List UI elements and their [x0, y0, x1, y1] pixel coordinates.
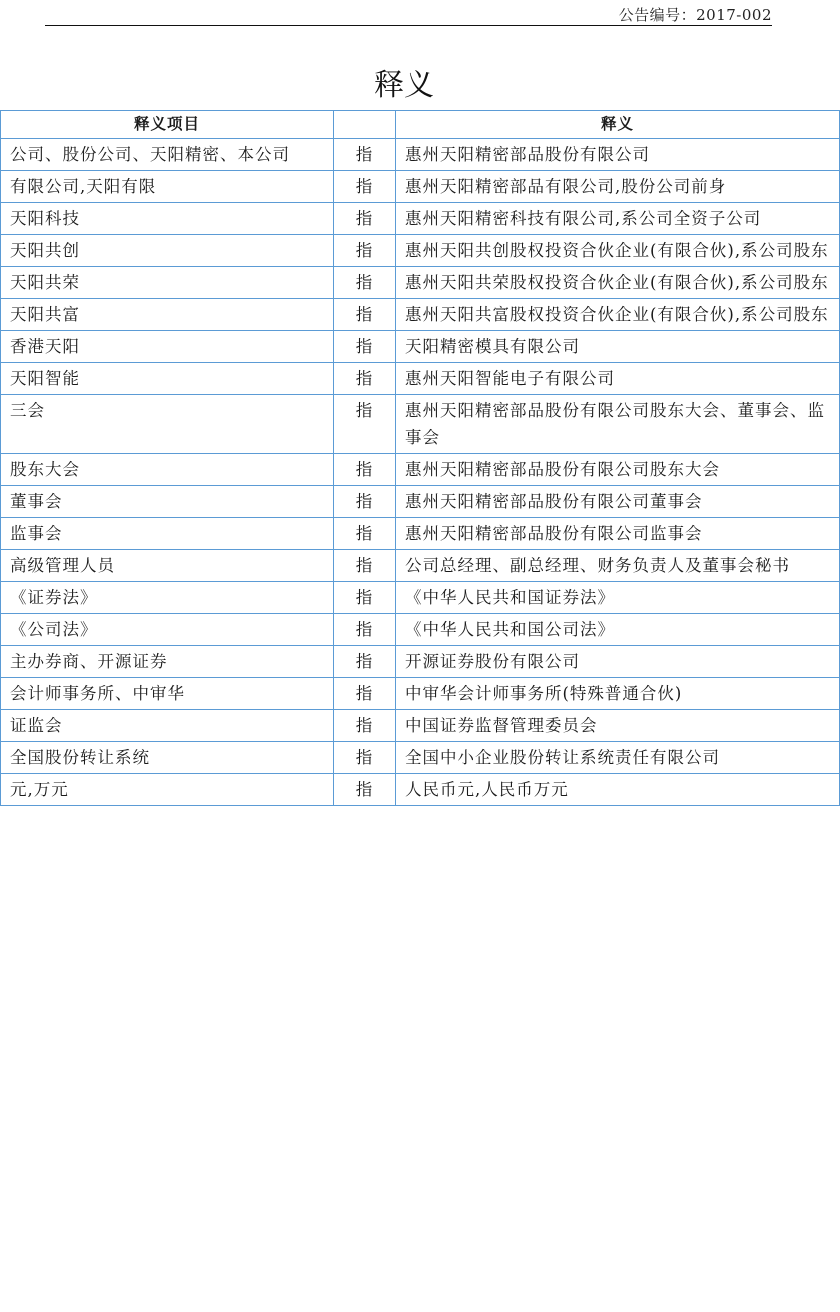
table-row: 天阳智能指惠州天阳智能电子有限公司	[1, 363, 840, 395]
ref-cell: 指	[334, 710, 396, 742]
meaning-cell: 惠州天阳智能电子有限公司	[396, 363, 840, 395]
term-cell: 天阳智能	[1, 363, 334, 395]
term-cell: 高级管理人员	[1, 550, 334, 582]
term-cell: 《证券法》	[1, 582, 334, 614]
ref-cell: 指	[334, 235, 396, 267]
page-title: 释义	[0, 60, 808, 104]
announcement-number: 公告编号：2017-002	[619, 4, 772, 25]
ref-cell: 指	[334, 518, 396, 550]
meaning-cell: 惠州天阳共荣股权投资合伙企业(有限合伙),系公司股东	[396, 267, 840, 299]
ref-cell: 指	[334, 614, 396, 646]
meaning-cell: 人民币元,人民币万元	[396, 774, 840, 806]
table-row: 全国股份转让系统指全国中小企业股份转让系统责任有限公司	[1, 742, 840, 774]
term-cell: 天阳共创	[1, 235, 334, 267]
ref-cell: 指	[334, 774, 396, 806]
term-cell: 股东大会	[1, 454, 334, 486]
term-cell: 董事会	[1, 486, 334, 518]
term-cell: 公司、股份公司、天阳精密、本公司	[1, 139, 334, 171]
header-divider	[45, 25, 772, 26]
meaning-cell: 《中华人民共和国证券法》	[396, 582, 840, 614]
ref-cell: 指	[334, 203, 396, 235]
table-row: 天阳科技指惠州天阳精密科技有限公司,系公司全资子公司	[1, 203, 840, 235]
meaning-cell: 惠州天阳共创股权投资合伙企业(有限合伙),系公司股东	[396, 235, 840, 267]
table-row: 主办券商、开源证券指开源证券股份有限公司	[1, 646, 840, 678]
term-cell: 证监会	[1, 710, 334, 742]
meaning-cell: 惠州天阳精密部品股份有限公司股东大会、董事会、监事会	[396, 395, 840, 454]
column-header-meaning: 释义	[396, 111, 840, 139]
table-row: 有限公司,天阳有限指惠州天阳精密部品有限公司,股份公司前身	[1, 171, 840, 203]
table-row: 股东大会指惠州天阳精密部品股份有限公司股东大会	[1, 454, 840, 486]
column-header-term: 释义项目	[1, 111, 334, 139]
ref-cell: 指	[334, 267, 396, 299]
term-cell: 有限公司,天阳有限	[1, 171, 334, 203]
term-cell: 《公司法》	[1, 614, 334, 646]
column-header-ref	[334, 111, 396, 139]
term-cell: 香港天阳	[1, 331, 334, 363]
meaning-cell: 全国中小企业股份转让系统责任有限公司	[396, 742, 840, 774]
meaning-cell: 惠州天阳精密科技有限公司,系公司全资子公司	[396, 203, 840, 235]
ref-cell: 指	[334, 363, 396, 395]
table-row: 会计师事务所、中审华指中审华会计师事务所(特殊普通合伙)	[1, 678, 840, 710]
ref-cell: 指	[334, 678, 396, 710]
table-row: 《证券法》指《中华人民共和国证券法》	[1, 582, 840, 614]
meaning-cell: 惠州天阳精密部品股份有限公司监事会	[396, 518, 840, 550]
meaning-cell: 中国证券监督管理委员会	[396, 710, 840, 742]
ref-cell: 指	[334, 646, 396, 678]
table-row: 董事会指惠州天阳精密部品股份有限公司董事会	[1, 486, 840, 518]
term-cell: 会计师事务所、中审华	[1, 678, 334, 710]
meaning-cell: 惠州天阳精密部品股份有限公司股东大会	[396, 454, 840, 486]
ref-cell: 指	[334, 742, 396, 774]
definitions-table: 释义项目 释义 公司、股份公司、天阳精密、本公司指惠州天阳精密部品股份有限公司有…	[0, 110, 840, 806]
table-row: 香港天阳指天阳精密模具有限公司	[1, 331, 840, 363]
ref-cell: 指	[334, 454, 396, 486]
ref-cell: 指	[334, 550, 396, 582]
meaning-cell: 中审华会计师事务所(特殊普通合伙)	[396, 678, 840, 710]
ref-cell: 指	[334, 395, 396, 454]
table-header-row: 释义项目 释义	[1, 111, 840, 139]
meaning-cell: 公司总经理、副总经理、财务负责人及董事会秘书	[396, 550, 840, 582]
term-cell: 天阳科技	[1, 203, 334, 235]
meaning-cell: 开源证券股份有限公司	[396, 646, 840, 678]
table-row: 监事会指惠州天阳精密部品股份有限公司监事会	[1, 518, 840, 550]
ref-cell: 指	[334, 486, 396, 518]
term-cell: 天阳共荣	[1, 267, 334, 299]
term-cell: 全国股份转让系统	[1, 742, 334, 774]
ref-cell: 指	[334, 299, 396, 331]
meaning-cell: 惠州天阳共富股权投资合伙企业(有限合伙),系公司股东	[396, 299, 840, 331]
meaning-cell: 惠州天阳精密部品有限公司,股份公司前身	[396, 171, 840, 203]
term-cell: 主办券商、开源证券	[1, 646, 334, 678]
table-row: 《公司法》指《中华人民共和国公司法》	[1, 614, 840, 646]
table-row: 三会指惠州天阳精密部品股份有限公司股东大会、董事会、监事会	[1, 395, 840, 454]
table-row: 元,万元指人民币元,人民币万元	[1, 774, 840, 806]
table-row: 证监会指中国证券监督管理委员会	[1, 710, 840, 742]
ref-cell: 指	[334, 139, 396, 171]
table-row: 天阳共创指惠州天阳共创股权投资合伙企业(有限合伙),系公司股东	[1, 235, 840, 267]
table-row: 公司、股份公司、天阳精密、本公司指惠州天阳精密部品股份有限公司	[1, 139, 840, 171]
ref-cell: 指	[334, 582, 396, 614]
table-row: 天阳共荣指惠州天阳共荣股权投资合伙企业(有限合伙),系公司股东	[1, 267, 840, 299]
term-cell: 元,万元	[1, 774, 334, 806]
ref-cell: 指	[334, 171, 396, 203]
meaning-cell: 惠州天阳精密部品股份有限公司	[396, 139, 840, 171]
table-row: 高级管理人员指公司总经理、副总经理、财务负责人及董事会秘书	[1, 550, 840, 582]
meaning-cell: 天阳精密模具有限公司	[396, 331, 840, 363]
table-row: 天阳共富指惠州天阳共富股权投资合伙企业(有限合伙),系公司股东	[1, 299, 840, 331]
term-cell: 监事会	[1, 518, 334, 550]
meaning-cell: 《中华人民共和国公司法》	[396, 614, 840, 646]
meaning-cell: 惠州天阳精密部品股份有限公司董事会	[396, 486, 840, 518]
ref-cell: 指	[334, 331, 396, 363]
term-cell: 天阳共富	[1, 299, 334, 331]
term-cell: 三会	[1, 395, 334, 454]
